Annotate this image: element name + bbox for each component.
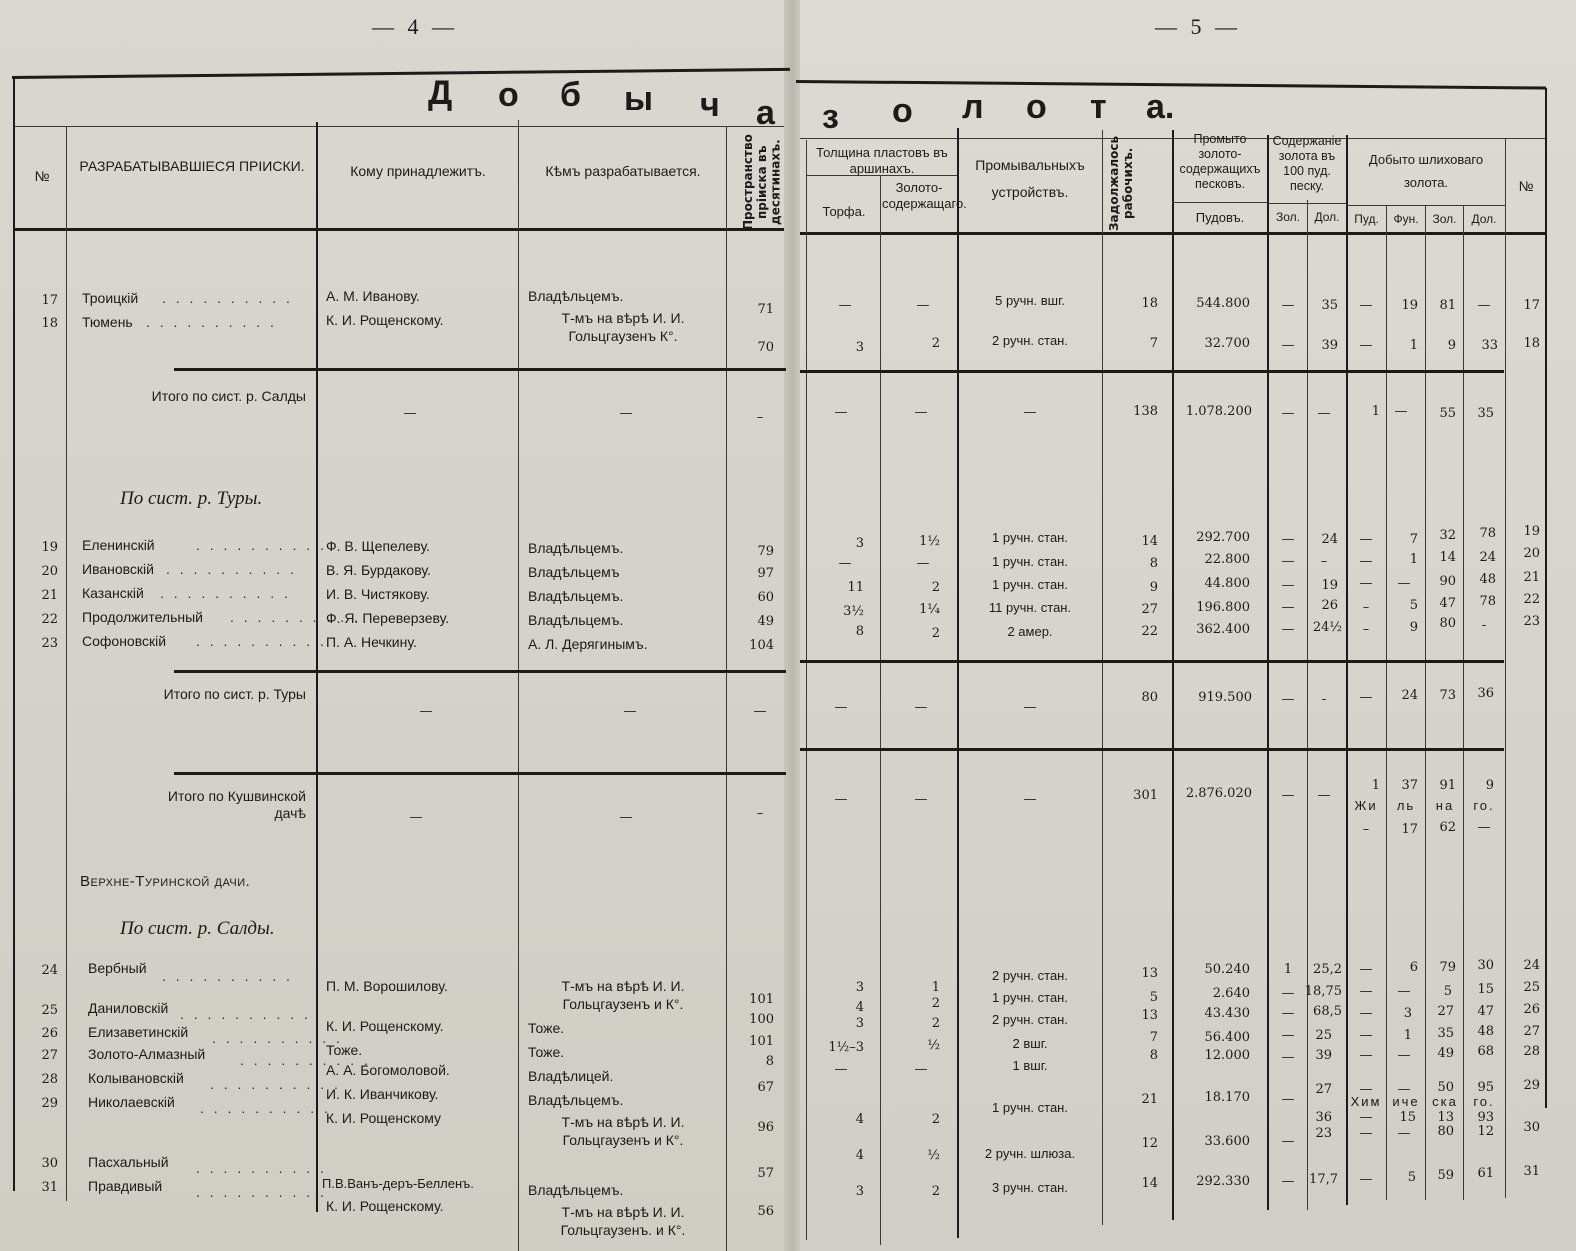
row-no-right: 30 [1510, 1120, 1540, 1135]
mined-zol: 81 [1426, 298, 1456, 313]
content-dol: 19 [1308, 578, 1338, 593]
mine-name: Даниловскій [88, 1000, 168, 1016]
mined-pud: — [1348, 532, 1384, 547]
section-heading-tury: По сист. р. Туры. [120, 488, 262, 510]
header-bottom-rule [14, 228, 784, 231]
gold-bearing: 1¼ [896, 602, 940, 617]
content-zol: — [1270, 1134, 1306, 1149]
operator: Владѣльцемъ. [528, 588, 623, 604]
operator: Владѣлицей. [528, 1068, 613, 1084]
content-zol: — [1270, 600, 1306, 615]
mined-fun: 5 [1386, 1170, 1416, 1185]
washed: 22.800 [1178, 552, 1250, 567]
washed: 292.700 [1178, 530, 1250, 545]
peat: 3 [820, 340, 864, 355]
title-letter: о [1026, 88, 1047, 127]
mined-zol: 55 [1426, 406, 1456, 421]
mined-dol: 48 [1464, 1024, 1494, 1039]
gold-bearing: 2 [896, 1112, 940, 1127]
mined-zol-2: 13 [1426, 1110, 1454, 1125]
content-dol: 23 [1306, 1126, 1332, 1141]
row-no: 22 [30, 612, 58, 627]
area: 49 [740, 614, 774, 629]
mined-pud: 1 [1348, 404, 1380, 419]
mine-name: Ивановскій [82, 561, 154, 577]
washing: 11 ручн. стан. [962, 600, 1098, 615]
washed: 50.240 [1178, 962, 1250, 977]
area: 71 [740, 302, 774, 317]
grand-total-rule [174, 772, 786, 775]
mined-pud: — [1348, 1172, 1384, 1187]
content-dol: 18,75 [1300, 984, 1342, 999]
operator: Тоже. [528, 1044, 564, 1060]
mined-fun: 6 [1386, 960, 1418, 975]
gold-bearing: 2 [896, 626, 940, 641]
area: – [740, 806, 780, 821]
content-dol: 24½ [1306, 620, 1342, 635]
header-operator: Кѣмъ разрабатывается. [522, 163, 724, 180]
gold-bearing: 1½ [896, 534, 940, 549]
row-no-right: 26 [1510, 1002, 1540, 1017]
content-zol: — [1270, 1028, 1306, 1043]
owner: А. М. Иванову. [326, 288, 420, 304]
mine-name: Казанскій [82, 585, 144, 601]
mined-zol: 91 [1426, 778, 1456, 793]
workers: 8 [1110, 1048, 1158, 1063]
workers: 12 [1110, 1136, 1158, 1151]
operator: Владѣльцемъ. [528, 1092, 623, 1108]
note-fragment: Хим [1346, 1094, 1386, 1109]
header-mined: Добыто шлиховаго золота. [1348, 148, 1504, 195]
row-no: 26 [30, 1026, 58, 1041]
area: 104 [740, 638, 774, 653]
title-letter: з [822, 98, 839, 137]
row-no: 27 [30, 1048, 58, 1063]
mined-dol: 68 [1464, 1044, 1494, 1059]
washed: 919.500 [1172, 690, 1252, 705]
mined-pud: — [1348, 576, 1384, 591]
title-letter: ы [624, 80, 653, 119]
mined-dol: 15 [1464, 982, 1494, 997]
mined-zol: 80 [1426, 1124, 1454, 1139]
note-fragment: на [1426, 798, 1464, 813]
subheader-rule [1346, 205, 1505, 206]
area: 101 [740, 992, 774, 1007]
mine-name: Колывановскій [88, 1070, 184, 1086]
owner: — [380, 406, 440, 421]
leader-dots: . . . . . . . . . . [196, 1160, 327, 1176]
page-number-left: — 4 — [372, 14, 458, 40]
note-fragment: ль [1386, 798, 1426, 813]
mined-pud: — [1348, 984, 1384, 999]
row-no-right: 25 [1510, 980, 1540, 995]
header-goldbearing: Золото-содержащаго. [882, 180, 956, 211]
area: 96 [740, 1120, 774, 1135]
section-heading-salda: По сист. р. Салды. [120, 918, 275, 940]
area: 100 [740, 1012, 774, 1027]
mine-name: Троицкій [82, 290, 138, 306]
col-divider [806, 140, 807, 1240]
row-no: 29 [30, 1096, 58, 1111]
grand-total-label: Итого по Кушвинской дачѣ [150, 788, 306, 822]
content-dol: — [1306, 406, 1342, 421]
washed: 544.800 [1178, 296, 1250, 311]
area: 60 [740, 590, 774, 605]
mined-fun: — [1386, 984, 1422, 999]
mined-dol: 12 [1464, 1124, 1494, 1139]
content-zol: — [1270, 1174, 1306, 1189]
operator: А. Л. Дерягинымъ. [528, 636, 648, 652]
operator: Владѣльцемъ. [528, 540, 623, 556]
content-zol: — [1270, 298, 1306, 313]
row-no-right: 21 [1510, 570, 1540, 585]
note-fragment: ска [1426, 1094, 1464, 1109]
mined-dol: 78 [1464, 526, 1496, 541]
peat: 4 [820, 1000, 864, 1015]
washing: 3 ручн. стан. [962, 1180, 1098, 1195]
col-divider [880, 175, 881, 1245]
header-content-dol: Дол. [1308, 210, 1346, 224]
peat: — [816, 1062, 866, 1077]
mined-fun: 3 [1386, 1006, 1412, 1021]
mined-fun: 19 [1386, 298, 1418, 313]
washing: 2 ручн. стан. [962, 333, 1098, 348]
leader-dots: . . . . . . . . . . [196, 633, 327, 649]
owner: — [396, 704, 456, 719]
mined-pud: — [1348, 690, 1384, 705]
mined-zol: 49 [1426, 1046, 1454, 1061]
content-zol: 1 [1270, 962, 1306, 977]
content-dol: 25 [1306, 1028, 1332, 1043]
washed: 1.078.200 [1172, 404, 1252, 419]
owner: К. И. Рощенскому. [326, 1018, 444, 1034]
mined-fun: 7 [1386, 532, 1418, 547]
row-no: 20 [30, 564, 58, 579]
leader-dots: . . . . . . . . . . [200, 1100, 331, 1116]
owner: П. М. Ворошилову. [326, 978, 448, 994]
owner: К. И. Рощенскому. [326, 1198, 444, 1214]
subtotal-label: Итого по сист. р. Салды [150, 388, 306, 405]
operator: Т-мъ на вѣрѣ И. И. Гольцгаузенъ и К°. [528, 1114, 718, 1149]
col-divider [1346, 135, 1348, 1205]
header-mined-fun: Фун. [1387, 212, 1425, 226]
washing: 2 ручн. стан. [962, 968, 1098, 983]
washing: 1 ручн. стан. [962, 990, 1098, 1005]
header-mined-zol: Зол. [1426, 212, 1463, 226]
owner: П. А. Нечкину. [326, 634, 417, 650]
operator: Т-мъ на вѣрѣ И. И. Гольцгаузенъ. и К°. [528, 1204, 718, 1239]
mined-pud: — [1348, 1048, 1384, 1063]
operator: Владѣльцемъ. [528, 612, 623, 628]
gold-bearing: — [898, 298, 948, 313]
workers: 13 [1110, 1008, 1158, 1023]
col-divider [1505, 138, 1506, 1198]
washing: 1 ручн. стан. [962, 577, 1098, 592]
content-dol: 26 [1308, 598, 1338, 613]
header-area: Пространство пріиска въ десятинахъ. [742, 132, 790, 232]
washing: 5 ручн. вшг. [962, 293, 1098, 308]
mine-name: Золото-Алмазный [88, 1046, 205, 1062]
mined-zol: 79 [1426, 960, 1456, 975]
mined-fun-2: 17 [1386, 822, 1418, 837]
col-divider [1267, 135, 1269, 1210]
mined-zol: 50 [1426, 1080, 1454, 1095]
mined-zol: 27 [1426, 1004, 1454, 1019]
content-dol: 39 [1308, 338, 1338, 353]
header-content: Содержаніе золота въ 100 пуд. песку. [1269, 134, 1345, 194]
row-no: 30 [30, 1156, 58, 1171]
title-letter: л [962, 88, 984, 127]
content-dol: 35 [1308, 298, 1338, 313]
mined-dol: 9 [1464, 778, 1494, 793]
workers: 13 [1110, 966, 1158, 981]
header-thickness: Толщина пластовъ въ аршинахъ. [808, 145, 956, 176]
gold-bearing: — [896, 792, 946, 807]
content-dol: 39 [1306, 1048, 1332, 1063]
mined-zol: 14 [1426, 550, 1456, 565]
row-no-right: 22 [1510, 592, 1540, 607]
workers: 301 [1110, 788, 1158, 803]
mine-name: Вербный [88, 960, 147, 976]
workers: 80 [1110, 690, 1158, 705]
content-zol: — [1270, 406, 1306, 421]
row-no-right: 18 [1510, 336, 1540, 351]
col-divider [1172, 130, 1174, 1220]
header-workers: Задолжалось рабочихъ. [1108, 136, 1168, 231]
header-mines: РАЗРАБАТЫВАВШІЕСЯ ПРІИСКИ. [70, 150, 314, 182]
gold-bearing: — [896, 405, 946, 420]
frame-left [13, 76, 15, 1191]
leader-dots: . . . . . . . . . . [146, 314, 277, 330]
mined-pud-2: – [1348, 822, 1384, 837]
row-no-right: 19 [1510, 524, 1540, 539]
mined-dol: 24 [1464, 550, 1496, 565]
gold-bearing: — [896, 1062, 946, 1077]
peat: 11 [820, 580, 864, 595]
gold-bearing: 2 [896, 336, 940, 351]
mined-pud: – [1348, 622, 1384, 637]
leader-dots: . . . . . . . . . . [210, 1076, 341, 1092]
row-no: 24 [30, 963, 58, 978]
content-zol: — [1270, 532, 1306, 547]
area: 57 [740, 1166, 774, 1181]
grand-total-rule-right [800, 748, 1504, 751]
subheader-rule [1267, 203, 1346, 204]
washing: 2 ручн. шлюза. [962, 1146, 1098, 1161]
leader-dots: . . . . . . . . . . [180, 1006, 311, 1022]
mined-zol: 35 [1426, 1026, 1454, 1041]
area: — [740, 704, 780, 719]
section-heading-verkhne: Верхне-Туринской дачи. [80, 873, 250, 890]
mined-zol: 47 [1426, 596, 1456, 611]
mined-zol: 73 [1426, 688, 1456, 703]
operator: — [596, 810, 656, 825]
mined-dol: 78 [1464, 594, 1496, 609]
area: 97 [740, 566, 774, 581]
area: 56 [740, 1204, 774, 1219]
mined-pud: — [1348, 338, 1384, 353]
note-fragment: Жи [1346, 798, 1386, 813]
row-no: 19 [30, 540, 58, 555]
owner: П.В.Ванъ-деръ-Белленъ. [322, 1176, 474, 1191]
content-zol: — [1270, 1092, 1306, 1107]
content-dol: 17,7 [1304, 1172, 1338, 1187]
mined-fun: 9 [1386, 620, 1418, 635]
mined-zol-2: 62 [1426, 820, 1456, 835]
header-no: № [20, 168, 64, 185]
operator: Владѣльцемъ. [528, 1182, 623, 1198]
mined-pud: — [1348, 298, 1384, 313]
row-no: 28 [30, 1072, 58, 1087]
area: 8 [740, 1054, 774, 1069]
washing: 2 ручн. стан. [962, 1012, 1098, 1027]
operator: Тоже. [528, 1020, 564, 1036]
area: 67 [740, 1080, 774, 1095]
page-number-right: — 5 — [1155, 14, 1241, 40]
workers: 5 [1110, 990, 1158, 1005]
row-no-right: 20 [1510, 546, 1540, 561]
col-divider [316, 122, 318, 1212]
washed: 43.430 [1178, 1006, 1250, 1021]
row-no: 17 [30, 293, 58, 308]
mined-fun: 24 [1386, 688, 1418, 703]
content-zol: — [1270, 578, 1306, 593]
gold-bearing: 2 [896, 580, 940, 595]
mined-dol-2: 93 [1464, 1110, 1494, 1125]
leader-dots: . . . . . . . . . . [212, 1030, 343, 1046]
content-zol: — [1270, 554, 1306, 569]
leader-dots: . . . . . . . . . . [166, 561, 297, 577]
workers: 9 [1110, 580, 1158, 595]
washing: 1 ручн. стан. [962, 1100, 1098, 1115]
row-no: 25 [30, 1003, 58, 1018]
operator: — [596, 406, 656, 421]
peat: 3½ [820, 604, 864, 619]
content-dol: 68,5 [1300, 1004, 1342, 1019]
washed: 44.800 [1178, 576, 1250, 591]
operator: Т-мъ на вѣрѣ И. И. Гольцгаузенъ К°. [528, 310, 718, 345]
note-fragment: иче [1386, 1094, 1426, 1109]
workers: 14 [1110, 534, 1158, 549]
workers: 7 [1110, 1030, 1158, 1045]
washed: 12.000 [1178, 1048, 1250, 1063]
workers: 7 [1110, 336, 1158, 351]
gold-bearing: ½ [896, 1038, 940, 1053]
row-no-right: 23 [1510, 614, 1540, 629]
workers: 18 [1110, 296, 1158, 311]
mined-pud-2: — [1348, 1110, 1384, 1125]
mined-pud: — [1348, 1028, 1384, 1043]
mine-name: Продолжительный [82, 609, 203, 625]
washed: 362.400 [1178, 622, 1250, 637]
peat: — [816, 792, 866, 807]
mined-fun: 1 [1386, 1028, 1412, 1043]
washing: — [1000, 700, 1060, 715]
header-mined-dol: Дол. [1464, 212, 1504, 226]
gold-bearing: 2 [896, 1184, 940, 1199]
owner: В. Я. Бурдакову. [326, 562, 431, 578]
washing: 1 ручн. стан. [962, 530, 1098, 545]
mined-zol: 32 [1426, 528, 1456, 543]
mined-dol: 48 [1464, 572, 1496, 587]
peat: — [820, 556, 870, 571]
gold-bearing: 1 [896, 980, 940, 995]
content-dol: 27 [1306, 1082, 1332, 1097]
leader-dots: . . . . . . . . . . [162, 968, 293, 984]
subtotal-rule [174, 368, 786, 371]
title-letter: а. [1146, 88, 1174, 127]
header-washed-unit: Пудовъ. [1174, 210, 1266, 226]
leader-dots: . . . . . . . . . . [196, 537, 327, 553]
peat: — [816, 700, 866, 715]
washing: 2 амер. [962, 624, 1098, 639]
washed: 2.876.020 [1172, 786, 1252, 801]
title-letter: о [892, 92, 913, 131]
title-letter: а [756, 94, 775, 133]
content-dol: 24 [1308, 532, 1338, 547]
mined-dol: — [1466, 298, 1502, 313]
mined-pud: — [1348, 554, 1384, 569]
subheader-rule [1172, 202, 1267, 203]
owner: — [386, 810, 446, 825]
frame-right [1545, 88, 1547, 1108]
mine-name: Николаевскій [88, 1094, 175, 1110]
row-no: 23 [30, 636, 58, 651]
peat: 3 [820, 1016, 864, 1031]
gold-bearing: ½ [896, 1148, 940, 1163]
peat: 3 [820, 536, 864, 551]
mine-name: Софоновскій [82, 633, 166, 649]
row-no-right: 31 [1510, 1164, 1540, 1179]
owner: И. В. Чистякову. [326, 586, 430, 602]
row-no-right: 24 [1510, 958, 1540, 973]
area: 101 [740, 1034, 774, 1049]
mined-dol: - [1466, 618, 1502, 633]
header-owner: Кому принадлежитъ. [320, 163, 516, 180]
note-fragment: го. [1464, 798, 1504, 813]
mined-fun-2: 15 [1386, 1110, 1416, 1125]
mined-zol: 5 [1426, 984, 1452, 999]
owner: К. И. Рощенскому. [326, 312, 444, 328]
note-fragment: го. [1464, 1094, 1504, 1109]
mined-zol: 59 [1426, 1168, 1454, 1183]
header-washed: Промыто золото-содержащихъ песковъ. [1174, 132, 1266, 192]
peat: 3 [820, 1184, 864, 1199]
col-divider [66, 126, 67, 1201]
peat: 3 [820, 980, 864, 995]
washed: 32.700 [1178, 336, 1250, 351]
mined-fun: — [1386, 576, 1422, 591]
subtotal-rule-right [800, 660, 1504, 663]
washing: — [1000, 792, 1060, 807]
mined-fun: 37 [1386, 778, 1418, 793]
gold-bearing: — [896, 700, 946, 715]
peat: 4 [820, 1148, 864, 1163]
mined-pud: — [1348, 962, 1384, 977]
title-letter: Д [428, 74, 452, 113]
content-dol: - [1306, 692, 1342, 707]
workers: 22 [1110, 624, 1158, 639]
mined-dol: 30 [1464, 958, 1494, 973]
mined-fun: 5 [1386, 598, 1418, 613]
mined-fun: — [1386, 404, 1416, 419]
area: 70 [740, 340, 774, 355]
owner: К. И. Рощенскому [326, 1110, 441, 1126]
washed: 196.800 [1178, 600, 1250, 615]
row-no: 31 [30, 1180, 58, 1195]
subtotal-label: Итого по сист. р. Туры [150, 686, 306, 703]
mined-dol: 35 [1464, 406, 1494, 421]
